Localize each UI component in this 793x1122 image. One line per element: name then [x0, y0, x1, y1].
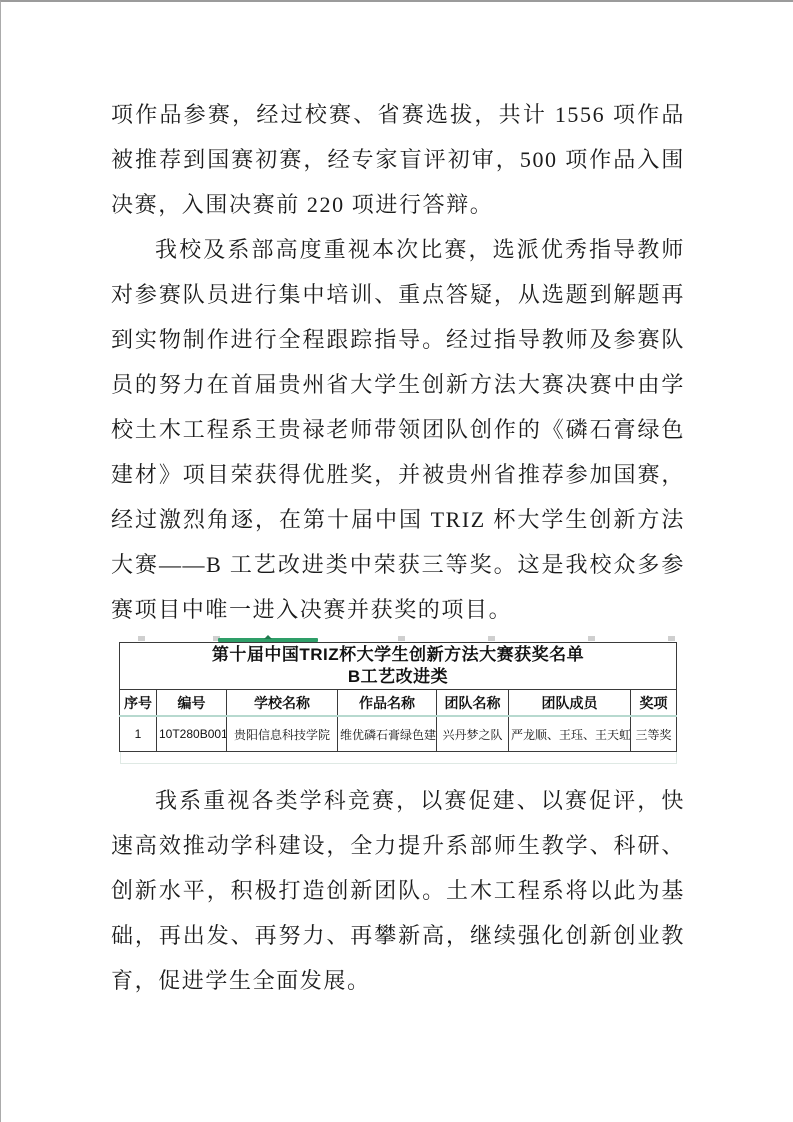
- column-letter-mark: [488, 636, 495, 641]
- table-header-row: 序号 编号 学校名称 作品名称 团队名称 团队成员 奖项: [120, 690, 677, 717]
- col-header-school: 学校名称: [227, 690, 338, 717]
- document-page: 项作品参赛，经过校赛、省赛选拔，共计 1556 项作品被推荐到国赛初赛，经专家盲…: [0, 0, 793, 1122]
- excel-empty-row-strip: [120, 752, 677, 764]
- table-title-line2: B工艺改进类: [122, 666, 674, 688]
- cell-work: 维优磷石膏绿色建材: [338, 716, 437, 752]
- table-title-cell: 第十届中国TRIZ杯大学生创新方法大赛获奖名单 B工艺改进类: [120, 643, 677, 690]
- cell-team-name: 兴丹梦之队: [437, 716, 509, 752]
- cell-award: 三等奖: [631, 716, 677, 752]
- column-letter-mark: [668, 636, 675, 641]
- table-row: 1 10T280B001 贵阳信息科技学院 维优磷石膏绿色建材 兴丹梦之队 严龙…: [120, 716, 677, 752]
- award-table-figure: 第十届中国TRIZ杯大学生创新方法大赛获奖名单 B工艺改进类 序号 编号 学校名…: [119, 632, 681, 764]
- column-letter-mark: [138, 636, 145, 641]
- column-letter-mark: [398, 636, 405, 641]
- table-title-line1: 第十届中国TRIZ杯大学生创新方法大赛获奖名单: [122, 644, 674, 666]
- col-header-index: 序号: [120, 690, 157, 717]
- selected-column-notch-icon: [264, 635, 272, 639]
- cell-team-members: 严龙顺、王珏、王天虹: [509, 716, 631, 752]
- award-table: 第十届中国TRIZ杯大学生创新方法大赛获奖名单 B工艺改进类 序号 编号 学校名…: [119, 642, 677, 752]
- col-header-work: 作品名称: [338, 690, 437, 717]
- col-header-award: 奖项: [631, 690, 677, 717]
- paragraph-school-achievement: 我校及系部高度重视本次比赛，选派优秀指导教师对参赛队员进行集中培训、重点答疑，从…: [111, 227, 685, 632]
- table-title-row: 第十届中国TRIZ杯大学生创新方法大赛获奖名单 B工艺改进类: [120, 643, 677, 690]
- col-header-team-name: 团队名称: [437, 690, 509, 717]
- cell-index: 1: [120, 716, 157, 752]
- paragraph-competition-stats: 项作品参赛，经过校赛、省赛选拔，共计 1556 项作品被推荐到国赛初赛，经专家盲…: [111, 92, 685, 227]
- selected-column-highlight: [218, 638, 318, 642]
- excel-column-header-strip: [119, 632, 681, 642]
- paragraph-closing: 我系重视各类学科竞赛，以赛促建、以赛促评，快速高效推动学科建设，全力提升系部师生…: [111, 778, 685, 1003]
- column-letter-mark: [588, 636, 595, 641]
- cell-school: 贵阳信息科技学院: [227, 716, 338, 752]
- cell-id: 10T280B001: [157, 716, 227, 752]
- col-header-id: 编号: [157, 690, 227, 717]
- col-header-team-members: 团队成员: [509, 690, 631, 717]
